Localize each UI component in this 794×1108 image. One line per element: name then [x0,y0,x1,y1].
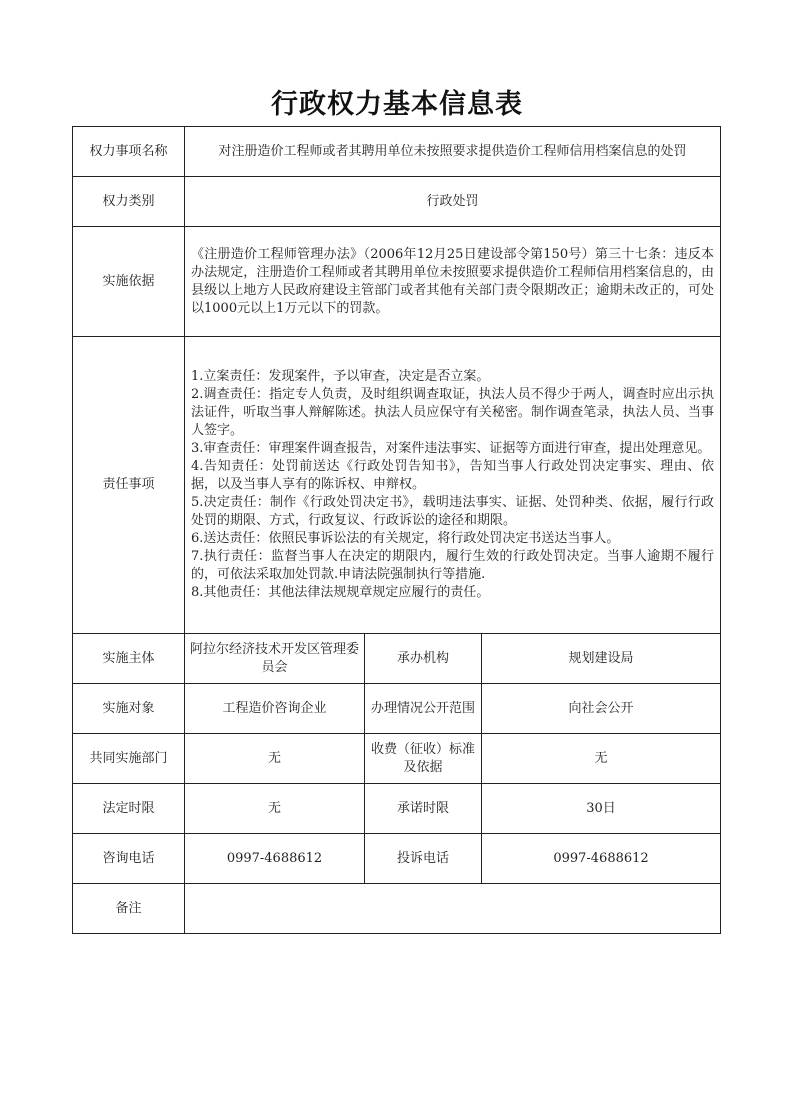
value-disclosure-scope: 向社会公开 [482,684,721,734]
label-remark: 备注 [73,884,185,934]
row-remark: 备注 [73,884,721,934]
row-time-limit: 法定时限 无 承诺时限 30日 [73,784,721,834]
label-target: 实施对象 [73,684,185,734]
label-disclosure-scope: 办理情况公开范围 [365,684,482,734]
row-duties: 责任事项 1.立案责任：发现案件，予以审查，决定是否立案。 2.调查责任：指定专… [73,337,721,634]
value-handling-agency: 规划建设局 [482,634,721,684]
label-subject: 实施主体 [73,634,185,684]
value-remark [185,884,721,934]
label-duties: 责任事项 [73,337,185,634]
value-promised-time-limit: 30日 [482,784,721,834]
duty-item: 1.立案责任：发现案件，予以审查，决定是否立案。 [191,368,714,386]
duty-item: 8.其他责任：其他法律法规规章规定应履行的责任。 [191,584,714,602]
value-target: 工程造价咨询企业 [185,684,365,734]
label-power-category: 权力类别 [73,177,185,227]
duty-item: 6.送达责任：依照民事诉讼法的有关规定，将行政处罚决定书送达当事人。 [191,530,714,548]
value-power-name: 对注册造价工程师或者其聘用单位未按照要求提供造价工程师信用档案信息的处罚 [185,127,721,177]
label-power-name: 权力事项名称 [73,127,185,177]
row-target: 实施对象 工程造价咨询企业 办理情况公开范围 向社会公开 [73,684,721,734]
label-fee-standard: 收费（征收）标准及依据 [365,734,482,784]
row-power-category: 权力类别 行政处罚 [73,177,721,227]
label-legal-time-limit: 法定时限 [73,784,185,834]
label-promised-time-limit: 承诺时限 [365,784,482,834]
value-legal-time-limit: 无 [185,784,365,834]
value-fee-standard: 无 [482,734,721,784]
duty-item: 3.审查责任：审理案件调查报告，对案件违法事实、证据等方面进行审查，提出处理意见… [191,440,714,458]
value-subject: 阿拉尔经济技术开发区管理委员会 [185,634,365,684]
document-title: 行政权力基本信息表 [0,82,794,121]
duty-item: 4.告知责任：处罚前送达《行政处罚告知书》，告知当事人行政处罚决定事实、理由、依… [191,458,714,494]
value-duties: 1.立案责任：发现案件，予以审查，决定是否立案。 2.调查责任：指定专人负责，及… [185,337,721,634]
value-inquiry-phone: 0997-4688612 [185,834,365,884]
label-inquiry-phone: 咨询电话 [73,834,185,884]
value-joint-department: 无 [185,734,365,784]
value-basis: 《注册造价工程师管理办法》（2006年12月25日建设部令第150号）第三十七条… [185,227,721,337]
info-table: 权力事项名称 对注册造价工程师或者其聘用单位未按照要求提供造价工程师信用档案信息… [72,126,721,934]
row-phone: 咨询电话 0997-4688612 投诉电话 0997-4688612 [73,834,721,884]
value-complaint-phone: 0997-4688612 [482,834,721,884]
duty-item: 5.决定责任：制作《行政处罚决定书》，载明违法事实、证据、处罚种类、依据，履行行… [191,494,714,530]
label-handling-agency: 承办机构 [365,634,482,684]
value-power-category: 行政处罚 [185,177,721,227]
label-joint-department: 共同实施部门 [73,734,185,784]
row-power-name: 权力事项名称 对注册造价工程师或者其聘用单位未按照要求提供造价工程师信用档案信息… [73,127,721,177]
duty-item: 7.执行责任：监督当事人在决定的期限内，履行生效的行政处罚决定。当事人逾期不履行… [191,548,714,584]
row-subject: 实施主体 阿拉尔经济技术开发区管理委员会 承办机构 规划建设局 [73,634,721,684]
label-complaint-phone: 投诉电话 [365,834,482,884]
duty-item: 2.调查责任：指定专人负责，及时组织调查取证，执法人员不得少于两人，调查时应出示… [191,386,714,440]
label-basis: 实施依据 [73,227,185,337]
row-joint: 共同实施部门 无 收费（征收）标准及依据 无 [73,734,721,784]
row-basis: 实施依据 《注册造价工程师管理办法》（2006年12月25日建设部令第150号）… [73,227,721,337]
